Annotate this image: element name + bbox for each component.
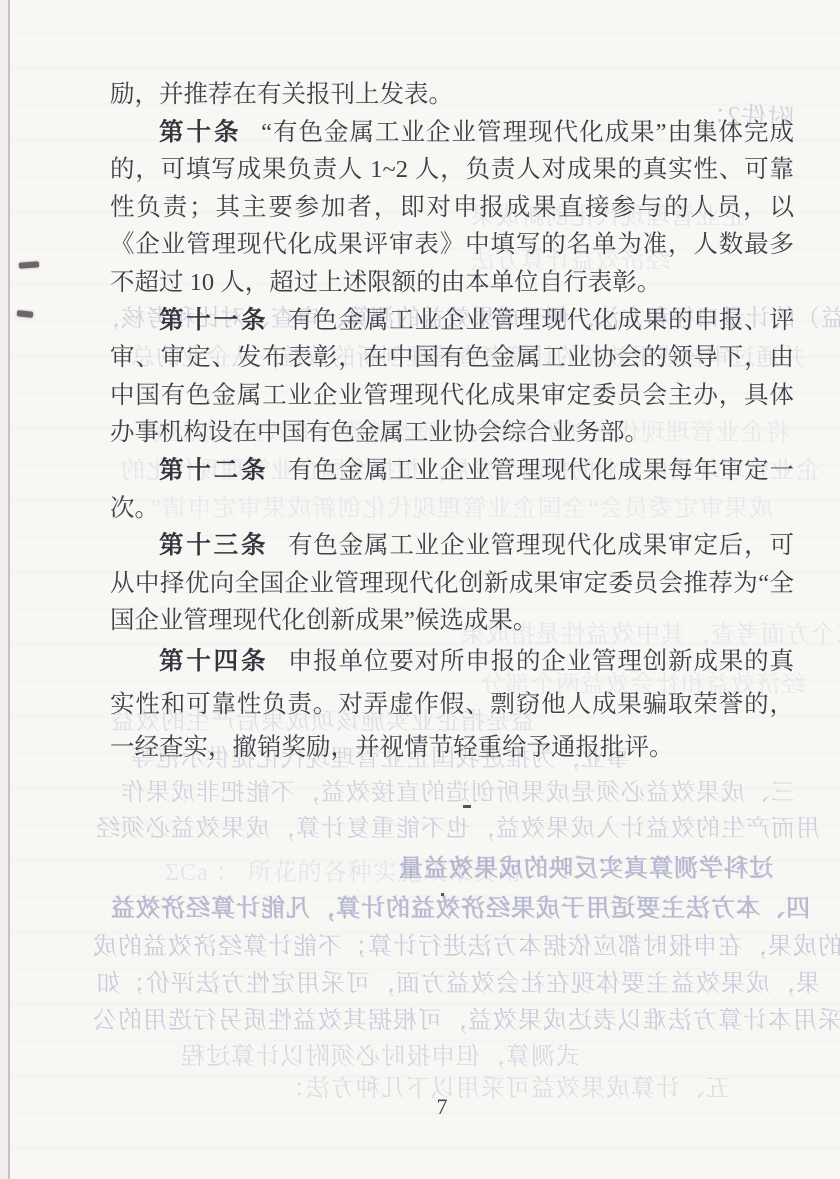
bleedthrough-line: 用而产生的效益计入成果效益，也不能重复计算，成果效益必须经 — [95, 808, 820, 843]
document-body: 励，并推荐在有关报刊上发表。 第十条“有色金属工业企业管理现代化成果”由集体完成… — [110, 76, 794, 769]
article-lead: 第十四条 — [159, 648, 268, 675]
paragraph-text: 励，并推荐在有关报刊上发表。 — [110, 81, 453, 108]
bleedthrough-line: ΣCa ： 所花的各种实施成果费用 — [165, 852, 523, 887]
body-paragraph: 第十四条申报单位要对所申报的企业管理创新成果的真实性和可靠性负责。对弄虚作假、剽… — [110, 640, 794, 769]
article-lead: 第十三条 — [159, 532, 268, 559]
scanned-document-page: 附件2： 企业管理现代化创新成果 经济效益计算方法 效益）的计量口径和方法，便于… — [0, 0, 840, 1179]
paper-speck — [441, 893, 444, 896]
body-paragraph: 第十条“有色金属工业企业管理现代化成果”由集体完成的，可填写成果负责人 1~2 … — [110, 114, 794, 302]
article-lead: 第十一条 — [159, 307, 268, 334]
binding-mark — [19, 261, 39, 268]
body-paragraph: 第十二条有色金属工业企业管理现代化成果每年审定一次。 — [110, 452, 794, 527]
paper-speck — [463, 805, 471, 808]
binding-mark — [17, 310, 34, 318]
article-lead: 第十二条 — [159, 457, 268, 484]
body-paragraph: 第十一条有色金属工业企业管理现代化成果的申报、评审、审定、发布表彰，在中国有色金… — [110, 302, 794, 452]
article-lead: 第十条 — [159, 119, 242, 146]
body-paragraph: 第十三条有色金属工业企业管理现代化成果审定后，可从中择优向全国企业管理现代化创新… — [110, 527, 794, 640]
bleedthrough-line: 果，成果效益主要体现在社会效益方面，可采用定性方法评价；如 — [95, 963, 820, 998]
bleedthrough-line: 三、成果效益必须是成果所创造的直接效益，不能把非成果作 — [120, 772, 795, 807]
bleedthrough-line: 采用本计算方法难以表达成果效益，可根据其效益性质另行选用的公 — [92, 1000, 840, 1035]
body-paragraph: 励，并推荐在有关报刊上发表。 — [110, 76, 794, 114]
bleedthrough-line: 式测算，但申报时必须附以计算过程 — [180, 1036, 580, 1071]
bleedthrough-line: 过科学测算真实反映的成果效益量 — [398, 848, 773, 883]
page-number: 7 — [0, 1094, 840, 1120]
scan-edge-line — [0, 0, 10, 1179]
bleedthrough-line: 的成果，在申报时都应依据本方法进行计算；不能计算经济效益的成 — [92, 926, 840, 961]
bleedthrough-line: 四、本方法主要适用于成果经济效益的计算，凡能计算经济效益 — [110, 888, 810, 923]
